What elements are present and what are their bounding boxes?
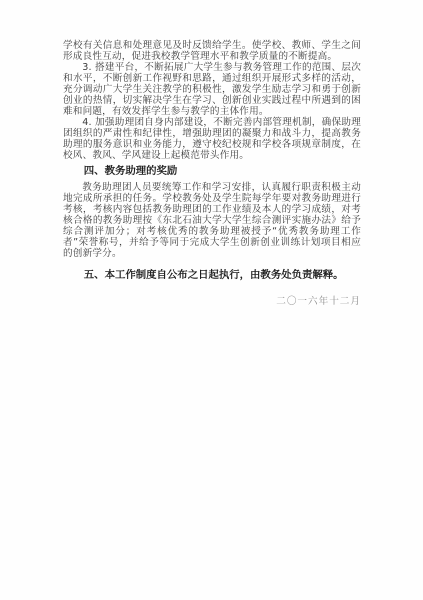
paragraph-continuation: 学校有关信息和处理意见及时反馈给学生。使学校、教师、学生之间形成良性互动，促进我…: [63, 40, 361, 62]
document-date: 二〇一六年十二月: [63, 296, 361, 307]
document-page: 学校有关信息和处理意见及时反馈给学生。使学校、教师、学生之间形成良性互动，促进我…: [0, 0, 423, 600]
paragraph-item-3: 3. 搭建平台，不断拓展广大学生参与教务管理工作的范围、层次和水平，不断创新工作…: [63, 62, 361, 117]
paragraph-rewards-detail: 教务助理团人员要统筹工作和学习安排，认真履行职责积极主动地完成所承担的任务。学校…: [63, 182, 361, 259]
section-heading-effective-date: 五、本工作制度自公布之日起执行，由教务处负责解释。: [63, 269, 361, 282]
section-heading-rewards: 四、教务助理的奖励: [63, 165, 361, 178]
document-text-block: 学校有关信息和处理意见及时反馈给学生。使学校、教师、学生之间形成良性互动，促进我…: [63, 40, 361, 307]
paragraph-item-4: 4. 加强助理团自身内部建设，不断完善内部管理机制，确保助理团组织的严肃性和纪律…: [63, 117, 361, 161]
